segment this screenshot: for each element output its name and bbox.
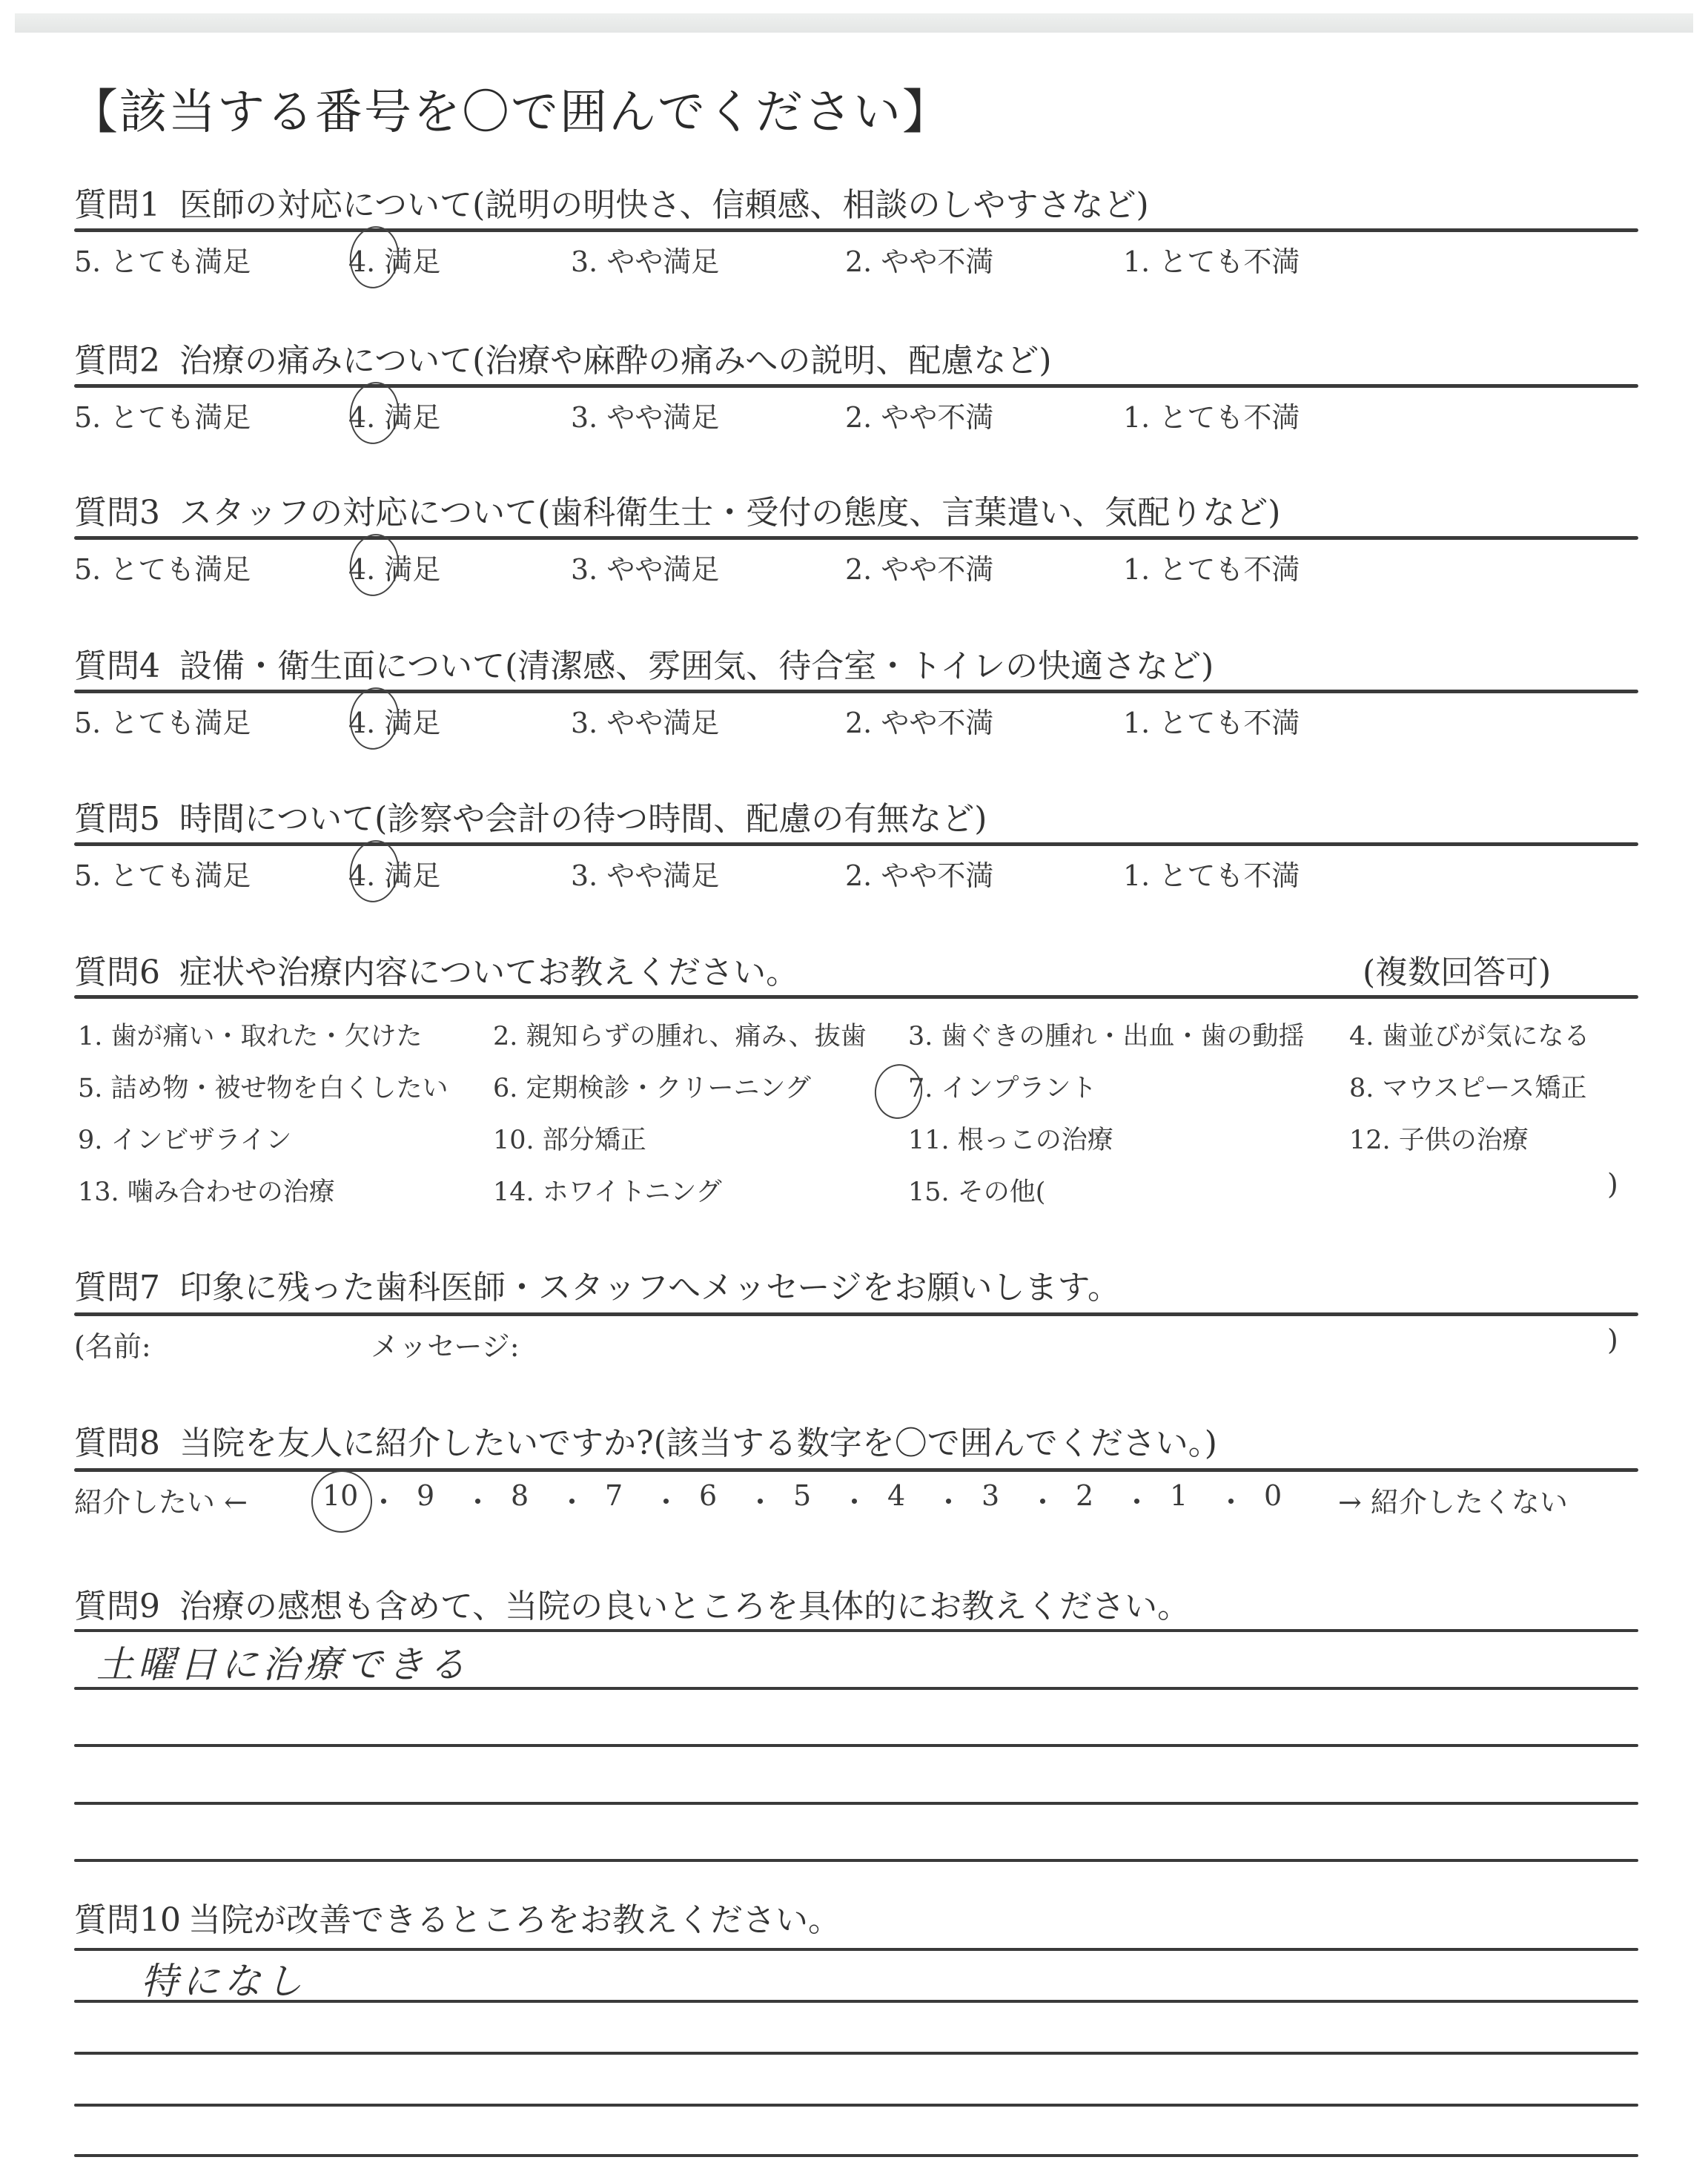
answer-line	[74, 2154, 1638, 2157]
symptom-option-3[interactable]: 3. 歯ぐきの腫れ・出血・歯の動揺	[908, 1016, 1305, 1053]
page-title: 【該当する番号を〇で囲んでください】	[70, 74, 951, 142]
question-number: 質問2	[74, 342, 160, 380]
answer-line	[74, 1948, 1638, 1951]
symptom-option-14[interactable]: 14. ホワイトニング	[493, 1172, 722, 1209]
question-text: 設備・衛生面について(清潔感、雰囲気、待合室・トイレの快適さなど)	[179, 647, 1214, 685]
symptom-option-13[interactable]: 13. 噛み合わせの治療	[78, 1172, 335, 1209]
question-10-heading: 質問10当院が改善できるところをお教えください。	[74, 1893, 841, 1941]
question-number: 質問10	[74, 1901, 181, 1939]
rating-option-5[interactable]: 5. とても満足	[74, 700, 251, 741]
selection-circle	[345, 684, 403, 753]
separator-dot: ・	[1029, 1479, 1057, 1520]
selection-circle	[345, 531, 403, 599]
selection-circle	[345, 223, 403, 291]
rating-option-2[interactable]: 2. やや不満	[845, 700, 993, 741]
handwritten-answer[interactable]: 土曜日に治療できる	[96, 1635, 470, 1688]
question-1-heading: 質問1医師の対応について(説明の明快さ、信頼感、相談のしやすさなど)	[74, 178, 1149, 225]
question-text: 医師の対応について(説明の明快さ、信頼感、相談のしやすさなど)	[179, 186, 1149, 224]
question-number: 質問6	[74, 954, 160, 991]
scale-option-6[interactable]: 6	[699, 1479, 717, 1512]
scale-option-4[interactable]: 4	[887, 1479, 905, 1512]
separator-dot: ・	[747, 1479, 775, 1520]
symptom-option-9[interactable]: 9. インビザライン	[78, 1120, 291, 1157]
question-number: 質問7	[74, 1269, 160, 1307]
symptom-option-2[interactable]: 2. 親知らずの腫れ、痛み、抜歯	[493, 1016, 867, 1053]
rating-option-2[interactable]: 2. やや不満	[845, 394, 993, 435]
rating-option-2[interactable]: 2. やや不満	[845, 546, 993, 587]
scale-option-3[interactable]: 3	[982, 1479, 999, 1512]
rating-option-1[interactable]: 1. とても不満	[1123, 546, 1300, 587]
question-9-heading: 質問9治療の感想も含めて、当院の良いところを具体的にお教えください。	[74, 1579, 1190, 1627]
scale-option-7[interactable]: 7	[605, 1479, 623, 1512]
question-text: 治療の痛みについて(治療や麻酔の痛みへの説明、配慮など)	[179, 342, 1052, 380]
rating-option-3[interactable]: 3. やや満足	[571, 394, 719, 435]
question-4-heading: 質問4設備・衛生面について(清潔感、雰囲気、待合室・トイレの快適さなど)	[74, 639, 1214, 687]
divider	[74, 536, 1638, 540]
recommend-label-right: → 紹介したくない	[1338, 1479, 1568, 1520]
rating-option-1[interactable]: 1. とても不満	[1123, 700, 1300, 741]
question-7-heading: 質問7印象に残った歯科医師・スタッフへメッセージをお願いします。	[74, 1261, 1120, 1308]
question-number: 質問1	[74, 186, 160, 224]
separator-dot: ・	[652, 1479, 681, 1520]
scale-option-9[interactable]: 9	[417, 1479, 434, 1512]
question-number: 質問5	[74, 800, 160, 838]
rating-option-1[interactable]: 1. とても不満	[1123, 853, 1300, 894]
question-2-heading: 質問2治療の痛みについて(治療や麻酔の痛みへの説明、配慮など)	[74, 334, 1052, 381]
question-5-heading: 質問5時間について(診察や会計の待つ時間、配慮の有無など)	[74, 792, 987, 839]
answer-line	[74, 2052, 1638, 2055]
rating-option-2[interactable]: 2. やや不満	[845, 853, 993, 894]
separator-dot: ・	[370, 1479, 398, 1520]
question-text: 治療の感想も含めて、当院の良いところを具体的にお教えください。	[179, 1588, 1190, 1625]
scale-option-5[interactable]: 5	[793, 1479, 811, 1512]
separator-dot: ・	[935, 1479, 963, 1520]
question-text: 当院が改善できるところをお教えください。	[188, 1901, 841, 1939]
message-field[interactable]	[556, 1324, 1594, 1356]
scan-edge	[15, 13, 1693, 33]
name-field[interactable]	[193, 1324, 356, 1356]
scale-option-8[interactable]: 8	[511, 1479, 529, 1512]
answer-line	[74, 2000, 1638, 2003]
question-text: 時間について(診察や会計の待つ時間、配慮の有無など)	[179, 800, 987, 838]
scale-option-0[interactable]: 0	[1264, 1479, 1282, 1512]
rating-option-3[interactable]: 3. やや満足	[571, 546, 719, 587]
symptom-option-10[interactable]: 10. 部分矯正	[493, 1120, 646, 1157]
scale-option-1[interactable]: 1	[1170, 1479, 1188, 1512]
question-8-heading: 質問8当院を友人に紹介したいですか?(該当する数字を〇で囲んでください。)	[74, 1416, 1217, 1464]
divider	[74, 1468, 1638, 1472]
symptom-option-6[interactable]: 6. 定期検診・クリーニング	[493, 1068, 811, 1105]
question-6-heading: 質問6症状や治療内容についてお教えください。 (複数回答可)	[74, 945, 798, 993]
symptom-option-15[interactable]: 15. その他(	[908, 1172, 1045, 1209]
answer-line	[74, 1859, 1638, 1862]
question-number: 質問3	[74, 494, 160, 532]
rating-option-1[interactable]: 1. とても不満	[1123, 394, 1300, 435]
recommend-label-left: 紹介したい ←	[74, 1479, 248, 1520]
answer-line	[74, 2104, 1638, 2107]
symptom-option-5[interactable]: 5. 詰め物・被せ物を白くしたい	[78, 1068, 448, 1105]
symptom-option-7[interactable]: 7. インプラント	[908, 1068, 1097, 1105]
divider	[74, 1312, 1638, 1316]
name-label: (名前:	[74, 1324, 151, 1364]
separator-dot: ・	[464, 1479, 492, 1520]
handwritten-answer[interactable]: 特になし	[141, 1952, 307, 2005]
rating-option-5[interactable]: 5. とても満足	[74, 853, 251, 894]
question-number: 質問8	[74, 1424, 160, 1462]
selection-circle	[308, 1467, 377, 1537]
answer-line	[74, 1802, 1638, 1805]
question-text: 症状や治療内容についてお教えください。	[179, 954, 798, 991]
message-label: メッセージ:	[371, 1324, 520, 1364]
selection-circle	[345, 379, 403, 447]
divider	[74, 842, 1638, 846]
divider	[74, 690, 1638, 693]
rating-option-5[interactable]: 5. とても満足	[74, 239, 251, 280]
rating-option-3[interactable]: 3. やや満足	[571, 700, 719, 741]
message-close-paren: )	[1607, 1324, 1618, 1356]
divider	[74, 995, 1638, 999]
selection-circle	[345, 837, 403, 905]
rating-option-5[interactable]: 5. とても満足	[74, 546, 251, 587]
rating-option-5[interactable]: 5. とても満足	[74, 394, 251, 435]
question-number: 質問9	[74, 1588, 160, 1625]
divider	[74, 228, 1638, 232]
symptom-option-1[interactable]: 1. 歯が痛い・取れた・欠けた	[78, 1016, 423, 1053]
answer-line	[74, 1687, 1638, 1690]
answer-line	[74, 1744, 1638, 1747]
question-text: 印象に残った歯科医師・スタッフへメッセージをお願いします。	[179, 1269, 1120, 1307]
rating-option-2[interactable]: 2. やや不満	[845, 239, 993, 280]
question-number: 質問4	[74, 647, 160, 685]
rating-option-1[interactable]: 1. とても不満	[1123, 239, 1300, 280]
rating-option-3[interactable]: 3. やや満足	[571, 239, 719, 280]
symptom-option-8[interactable]: 8. マウスピース矯正	[1349, 1068, 1586, 1105]
symptom-option-11[interactable]: 11. 根っこの治療	[908, 1120, 1113, 1157]
question-text: スタッフの対応について(歯科衛生士・受付の態度、言葉遣い、気配りなど)	[179, 494, 1280, 532]
symptom-option-4[interactable]: 4. 歯並びが気になる	[1349, 1016, 1590, 1053]
separator-dot: ・	[841, 1479, 869, 1520]
question-text: 当院を友人に紹介したいですか?(該当する数字を〇で囲んでください。)	[179, 1424, 1217, 1462]
separator-dot: ・	[1217, 1479, 1245, 1520]
separator-dot: ・	[1123, 1479, 1151, 1520]
other-close-paren: )	[1607, 1168, 1618, 1200]
answer-line	[74, 1629, 1638, 1632]
multiple-answers-note: (複数回答可)	[1363, 945, 1551, 993]
scale-option-2[interactable]: 2	[1076, 1479, 1093, 1512]
divider	[74, 384, 1638, 388]
question-3-heading: 質問3スタッフの対応について(歯科衛生士・受付の態度、言葉遣い、気配りなど)	[74, 486, 1280, 533]
rating-option-3[interactable]: 3. やや満足	[571, 853, 719, 894]
separator-dot: ・	[558, 1479, 586, 1520]
symptom-option-12[interactable]: 12. 子供の治療	[1349, 1120, 1529, 1157]
